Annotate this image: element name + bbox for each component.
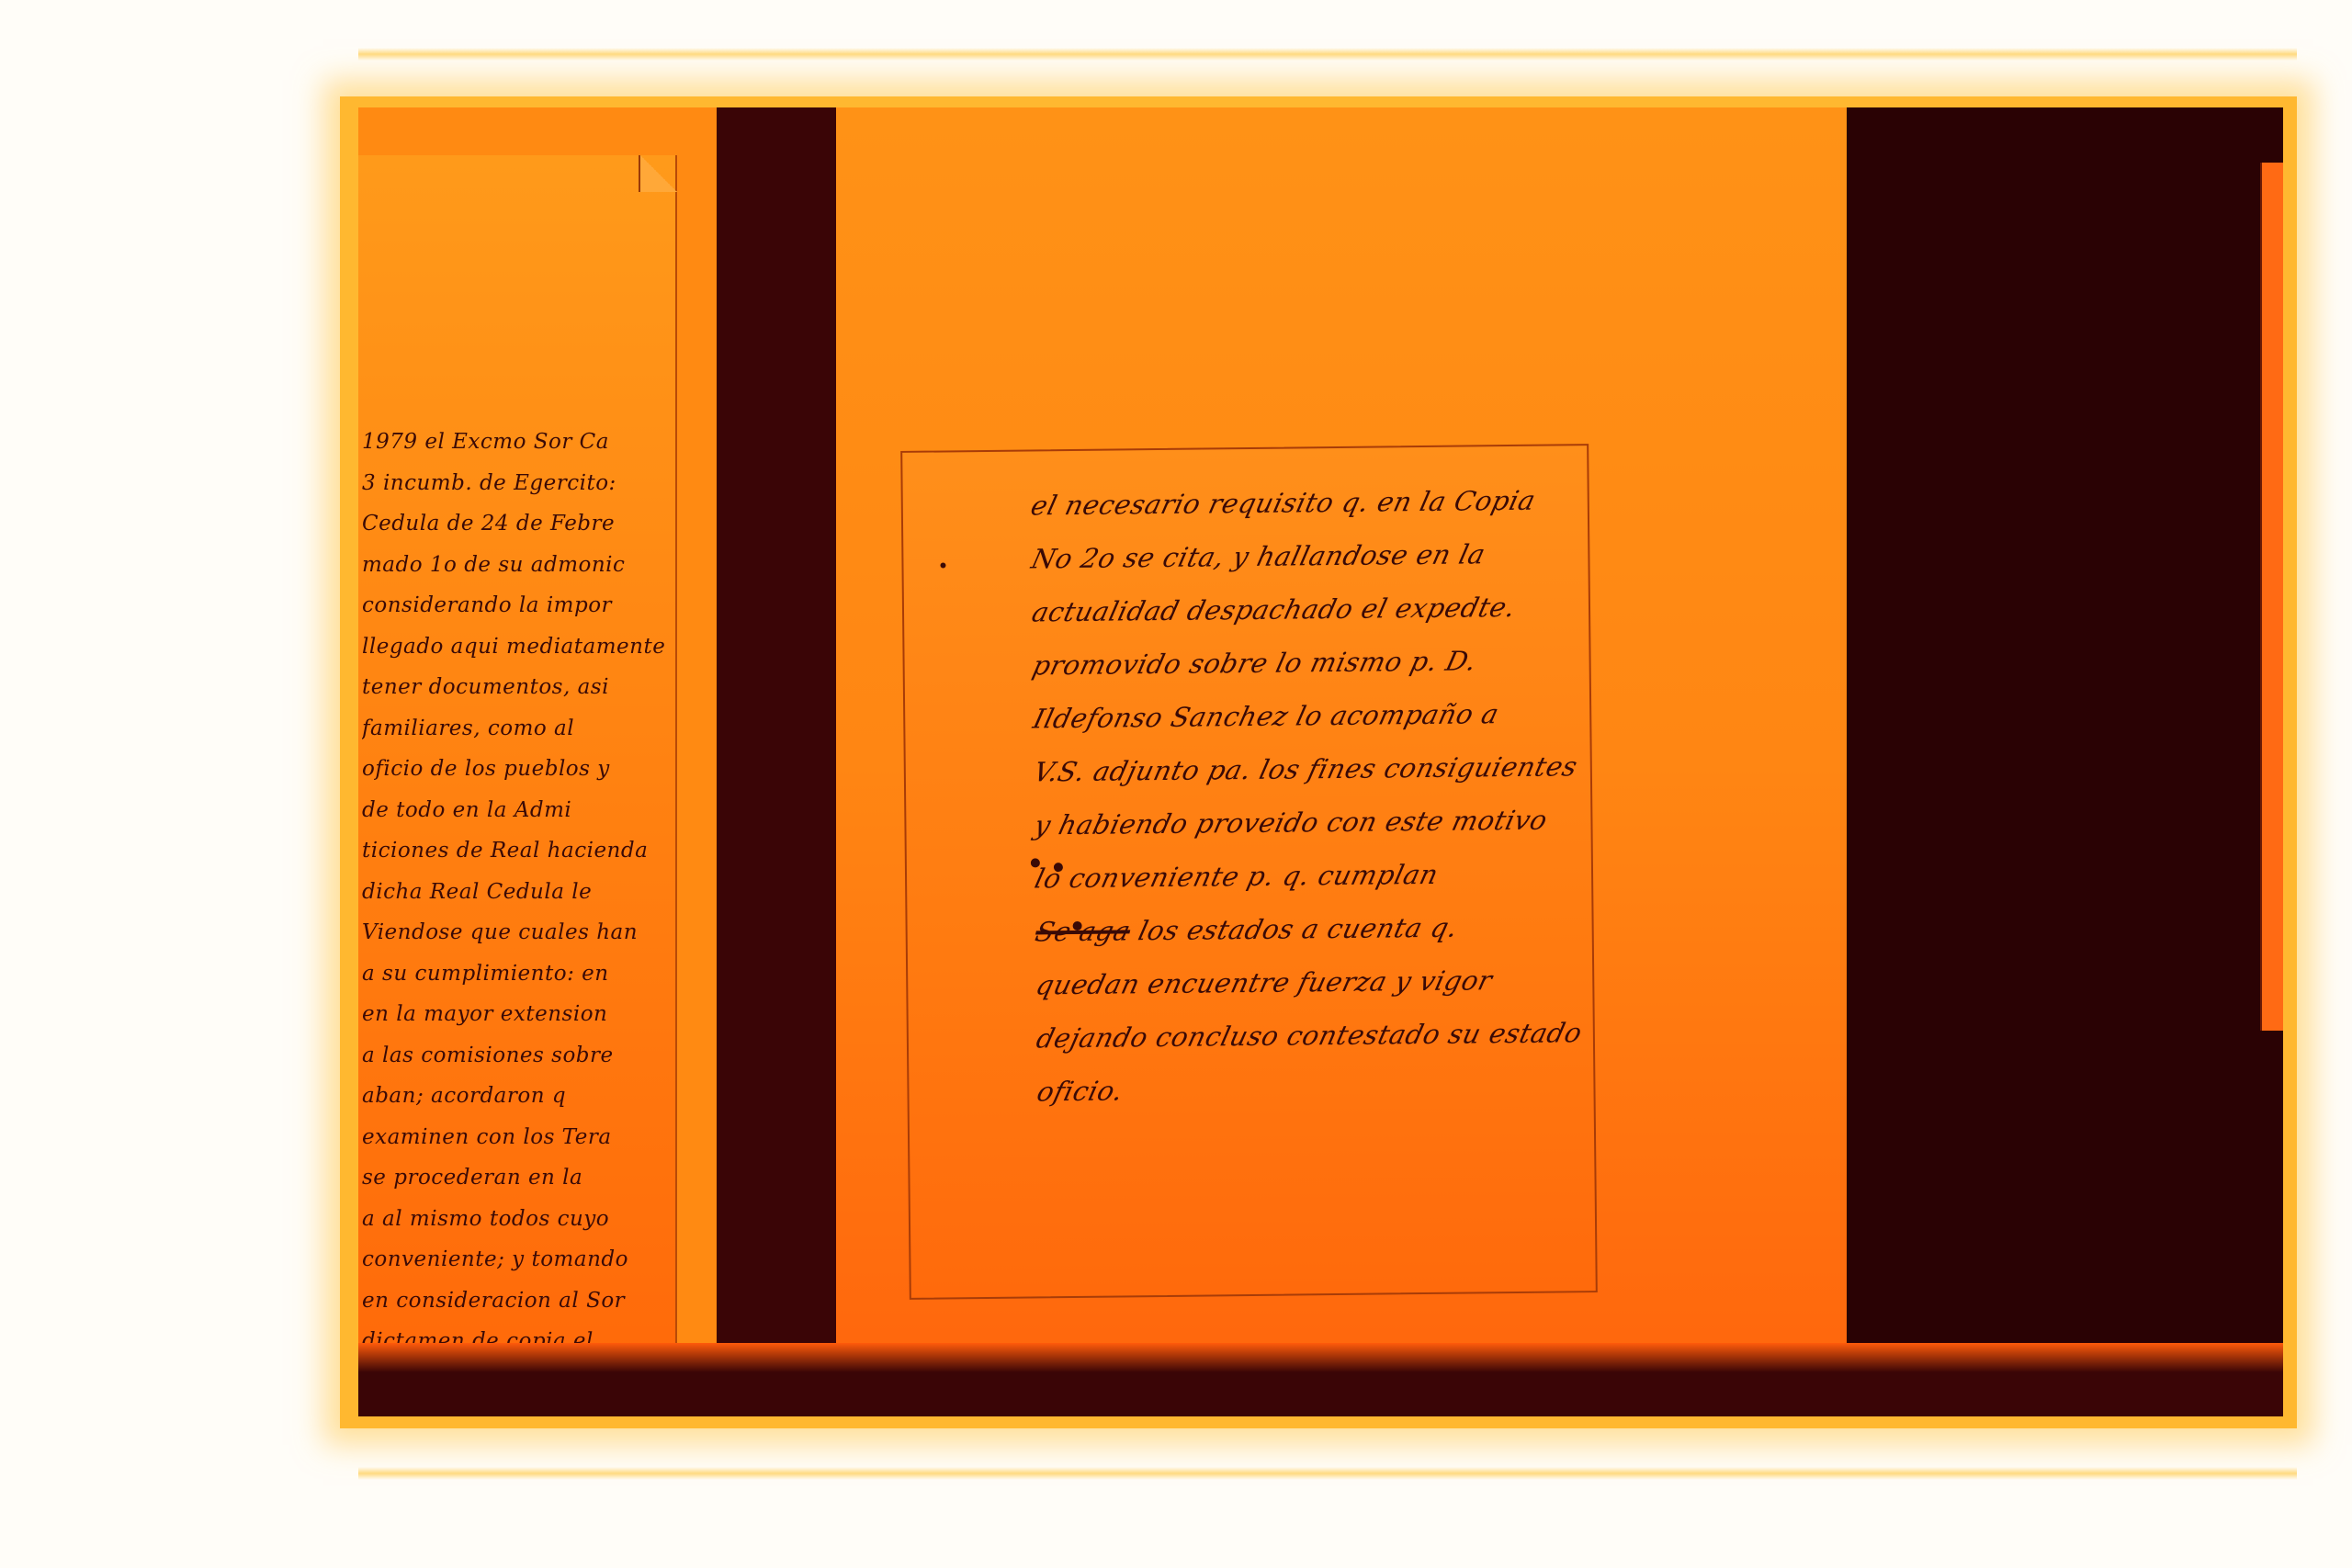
center-manuscript-page: el necesario requisito q. en la Copia No…: [900, 444, 1598, 1300]
text-line: a su cumplimiento: en: [362, 953, 674, 995]
text-line: a al mismo todos cuyo: [362, 1199, 674, 1240]
text-line: a las comisiones sobre: [362, 1035, 674, 1077]
text-line: familiares, como al: [362, 708, 674, 750]
text-line: aban; acordaron q: [362, 1076, 674, 1117]
text-fragment: los estados a cuenta q.: [1136, 912, 1462, 947]
ink-blot: [940, 562, 945, 568]
text-line: examinen con los Tera: [362, 1117, 674, 1158]
center-page-text: el necesario requisito q. en la Copia No…: [1032, 473, 1580, 1118]
microfilm-frame: 1979 el Excmo Sor Ca 3 incumb. de Egerci…: [340, 96, 2297, 1428]
left-manuscript-page: 1979 el Excmo Sor Ca 3 incumb. de Egerci…: [358, 155, 677, 1359]
text-line: ticiones de Real hacienda: [362, 830, 674, 872]
right-page-edge: [2260, 163, 2283, 1031]
text-line: quedan encuentre fuerza y vigor: [1030, 953, 1585, 1011]
right-dark-area: [1847, 107, 2283, 1416]
bottom-shadow: [358, 1343, 2283, 1416]
text-line: 1979 el Excmo Sor Ca: [362, 422, 674, 463]
text-line: Viendose que cuales han: [362, 912, 674, 953]
film-strip-top-edge: [358, 48, 2297, 61]
text-line: y habiendo proveido con este motivo: [1029, 793, 1584, 852]
text-line: lo conveniente p. q. cumplan: [1029, 846, 1584, 905]
text-line: llegado aqui mediatamente: [362, 626, 674, 668]
text-line: mado 1o de su admonic: [362, 545, 674, 586]
dark-gap: [717, 107, 836, 1416]
struck-text: Se aga: [1033, 915, 1135, 947]
text-line: V.S. adjunto pa. los fines consiguientes: [1028, 739, 1583, 798]
text-line: el necesario requisito q. en la Copia: [1025, 473, 1580, 532]
text-line: oficio de los pueblos y: [362, 749, 674, 790]
text-line: dejando concluso contestado su estado: [1031, 1006, 1586, 1065]
text-line: en consideracion al Sor: [362, 1280, 674, 1322]
text-line-with-strikeout: Se aga los estados a cuenta q.: [1030, 899, 1585, 958]
text-line: conveniente; y tomando: [362, 1239, 674, 1280]
text-line: se procederan en la: [362, 1157, 674, 1199]
text-line: considerando la impor: [362, 585, 674, 626]
text-line: No 2o se cita, y hallandose en la: [1025, 526, 1580, 585]
text-line: oficio.: [1032, 1059, 1587, 1118]
left-backing-sheet: 1979 el Excmo Sor Ca 3 incumb. de Egerci…: [358, 107, 717, 1416]
text-line: de todo en la Admi: [362, 790, 674, 831]
text-line: actualidad despachado el expedte.: [1026, 580, 1581, 638]
folded-corner: [639, 155, 677, 192]
frame-content: 1979 el Excmo Sor Ca 3 incumb. de Egerci…: [358, 107, 2283, 1416]
text-line: Ildefonso Sanchez lo acompaño a: [1027, 686, 1582, 745]
text-line: promovido sobre lo mismo p. D.: [1027, 633, 1582, 692]
film-strip-bottom-edge: [358, 1467, 2297, 1480]
text-line: 3 incumb. de Egercito:: [362, 463, 674, 504]
text-line: en la mayor extension: [362, 994, 674, 1035]
text-line: tener documentos, asi: [362, 667, 674, 708]
left-page-text: 1979 el Excmo Sor Ca 3 incumb. de Egerci…: [362, 422, 674, 1416]
text-line: dicha Real Cedula le: [362, 872, 674, 913]
text-line: Cedula de 24 de Febre: [362, 503, 674, 545]
